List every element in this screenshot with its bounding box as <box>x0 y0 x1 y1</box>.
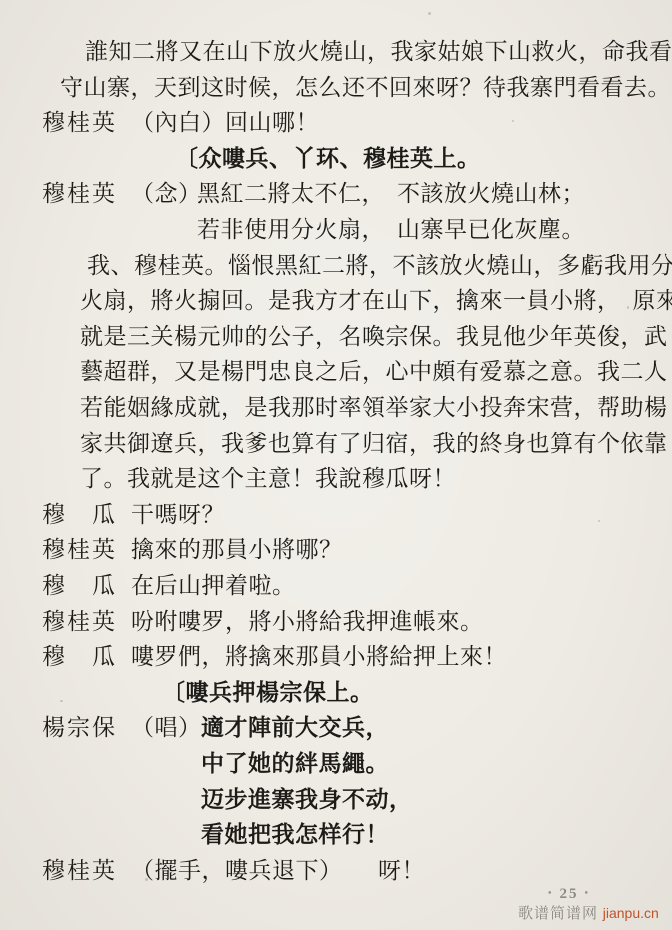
script-line: 穆桂英 （內白）回山哪！ <box>0 108 672 142</box>
script-line: 穆桂英 吩咐嘍罗，將小將給我押進帳來。 <box>0 607 672 641</box>
script-line: 穆 瓜 嘍罗們，將擒來那員小將給押上來！ <box>0 642 672 676</box>
page-number-value: 25 <box>560 886 579 902</box>
script-line: 穆桂英 （擺手，嘍兵退下） 呀！ <box>0 856 672 890</box>
line-text: 中了她的絆馬繩。 <box>201 749 389 779</box>
line-text: 就是三关楊元帅的公子，名喚宗保。我見他少年英俊，武 <box>80 322 668 352</box>
line-text: 藝超群，又是楊門忠良之后，心中頗有爱慕之意。我二人 <box>80 357 668 387</box>
line-text: 在后山押着啦。 <box>131 571 296 601</box>
script-line: 藝超群，又是楊門忠良之后，心中頗有爱慕之意。我二人 <box>0 357 672 391</box>
line-text: 誰知二將又在山下放火燒山，我家姑娘下山救火，命我看 <box>85 37 672 67</box>
line-text: 火扇，將火搧回。是我方才在山下，擒來一員小將， 原來 <box>80 286 672 316</box>
scan-speck <box>428 12 431 15</box>
speaker-name: 穆 瓜 <box>42 642 117 672</box>
speaker-name: 穆 瓜 <box>42 500 117 530</box>
line-text: 若能姻緣成就，是我那时率領举家大小投奔宋营，帮助楊 <box>80 393 668 423</box>
script-line: 守山寨，天到这时候，怎么还不回來呀？待我寨門看看去。 <box>0 73 672 107</box>
script-line: 穆 瓜 在后山押着啦。 <box>0 571 672 605</box>
line-text: 吩咐嘍罗，將小將給我押進帳來。 <box>131 607 484 637</box>
script-line: 穆桂英 （念） 黑紅二將太不仁， 不該放火燒山林； <box>0 179 672 213</box>
stage-direction-text: 〔众嘍兵、丫环、穆桂英上。 <box>175 144 481 174</box>
script-line: 穆桂英 擒來的那員小將哪？ <box>0 535 672 569</box>
script-line: 〔众嘍兵、丫环、穆桂英上。 <box>0 144 672 178</box>
speaker-name: 穆桂英 <box>42 108 117 138</box>
script-line: 若能姻緣成就，是我那时率領举家大小投奔宋营，帮助楊 <box>0 393 672 427</box>
script-line: 家共御遼兵，我爹也算有了归宿，我的終身也算有个依靠 <box>0 429 672 463</box>
line-text: 擒來的那員小將哪？ <box>131 535 343 565</box>
line-text: 看她把我怎样行！ <box>201 820 389 850</box>
delivery-tag: （唱） <box>131 713 202 743</box>
line-text: 家共御遼兵，我爹也算有了归宿，我的終身也算有个依靠 <box>80 429 668 459</box>
speaker-name: 穆桂英 <box>42 856 117 886</box>
line-text: 了。我就是这个主意！我說穆瓜呀！ <box>80 464 456 494</box>
speaker-name: 穆桂英 <box>42 535 117 565</box>
speaker-name: 穆桂英 <box>42 179 117 209</box>
speaker-name: 穆桂英 <box>42 607 117 637</box>
watermark-site-name: 歌谱简谱网 <box>518 906 598 922</box>
line-text: （擺手，嘍兵退下） 呀！ <box>131 856 425 886</box>
line-text: 干嗎呀？ <box>131 500 225 530</box>
line-text: 適才陣前大交兵， <box>201 713 389 743</box>
script-line: 誰知二將又在山下放火燒山，我家姑娘下山救火，命我看 <box>0 37 672 71</box>
line-text: 迈步進寨我身不动， <box>201 785 413 815</box>
line-text: 黑紅二將太不仁， 不該放火燒山林； <box>197 179 585 209</box>
stage-direction-text: 〔嘍兵押楊宗保上。 <box>162 678 374 708</box>
script-line: 穆 瓜 干嗎呀？ <box>0 500 672 534</box>
line-text: 我、穆桂英。惱恨黑紅二將，不該放火燒山，多虧我用分 <box>87 251 672 281</box>
script-line: 楊宗保 （唱） 適才陣前大交兵， <box>0 713 672 747</box>
script-line: 迈步進寨我身不动， <box>0 785 672 819</box>
line-text: 守山寨，天到这时候，怎么还不回來呀？待我寨門看看去。 <box>60 73 671 103</box>
watermark-site-url: jianpu.cn <box>603 905 659 921</box>
script-line: 若非使用分火扇， 山寨早已化灰塵。 <box>0 215 672 249</box>
line-text: 若非使用分火扇， 山寨早已化灰塵。 <box>197 215 585 245</box>
script-line: 看她把我怎样行！ <box>0 820 672 854</box>
page-number: •25• <box>514 886 624 903</box>
script-line: 我、穆桂英。惱恨黑紅二將，不該放火燒山，多虧我用分 <box>0 251 672 285</box>
line-text: 嘍罗們，將擒來那員小將給押上來！ <box>131 642 507 672</box>
script-line: 就是三关楊元帅的公子，名喚宗保。我見他少年英俊，武 <box>0 322 672 356</box>
page-number-dot-right: • <box>579 888 597 899</box>
delivery-tag: （念） <box>131 179 202 209</box>
script-line: 中了她的絆馬繩。 <box>0 749 672 783</box>
line-text: （內白）回山哪！ <box>131 108 319 138</box>
speaker-name: 楊宗保 <box>42 713 117 743</box>
script-line: 〔嘍兵押楊宗保上。 <box>0 678 672 712</box>
watermark: 歌谱简谱网 jianpu.cn <box>518 902 659 923</box>
scanned-script-page: { "page": { "paper_color": "#eeebe4", "i… <box>0 0 672 930</box>
script-line: 了。我就是这个主意！我說穆瓜呀！ <box>0 464 672 498</box>
script-line: 火扇，將火搧回。是我方才在山下，擒來一員小將， 原來 <box>0 286 672 320</box>
page-number-dot-left: • <box>542 888 560 899</box>
speaker-name: 穆 瓜 <box>42 571 117 601</box>
